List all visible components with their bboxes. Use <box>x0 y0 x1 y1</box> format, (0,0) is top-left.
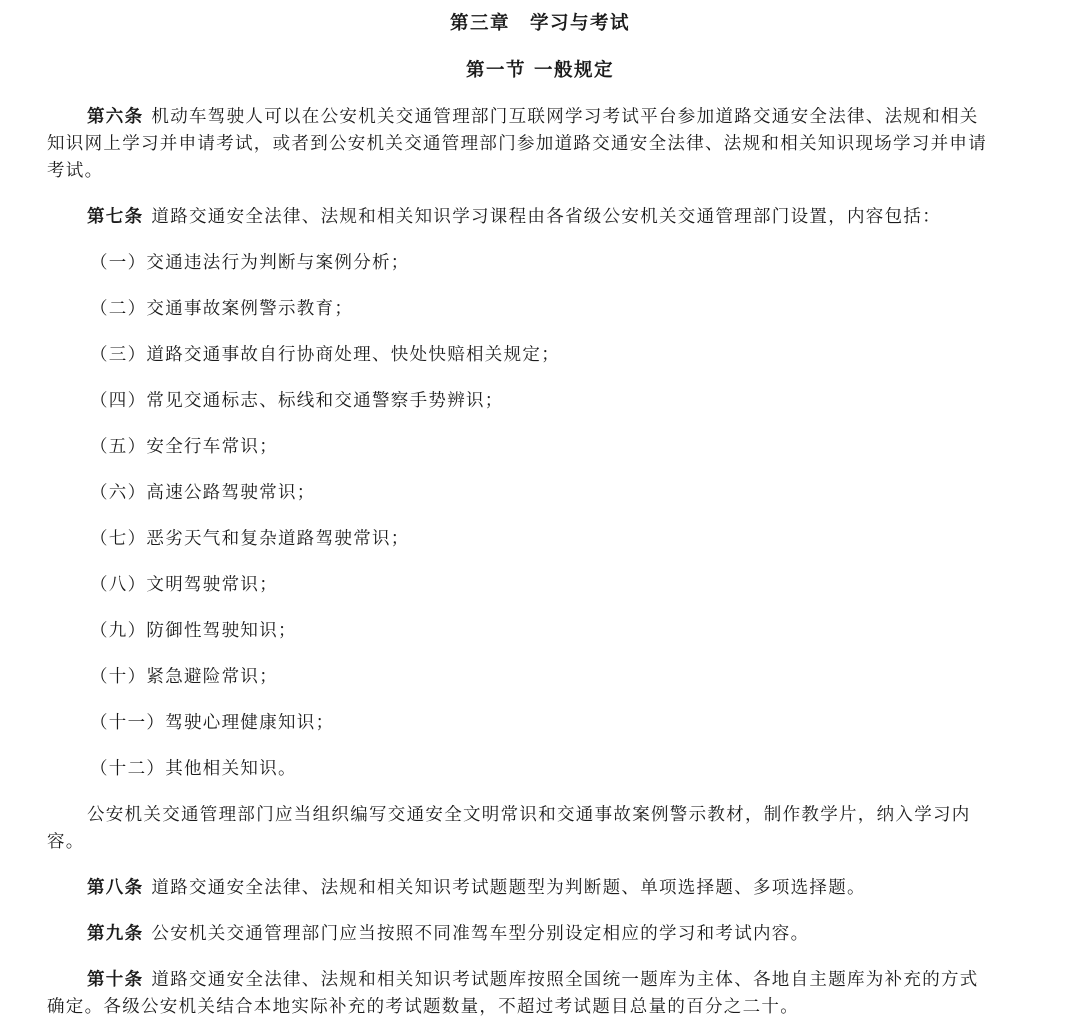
article-label: 第十条 <box>87 970 143 990</box>
list-item: （三）道路交通事故自行协商处理、快处快赔相关规定； <box>90 343 560 367</box>
article-text: 机动车驾驶人可以在公安机关交通管理部门互联网学习考试平台参加道路交通安全法律、法… <box>151 107 978 127</box>
article-8: 第八条道路交通安全法律、法规和相关知识考试题题型为判断题、单项选择题、多项选择题… <box>87 876 866 900</box>
list-item: （九）防御性驾驶知识； <box>90 619 297 643</box>
list-item: （二）交通事故案例警示教育； <box>90 297 353 321</box>
list-item: （一）交通违法行为判断与案例分析； <box>90 251 410 275</box>
article-text: 道路交通安全法律、法规和相关知识学习课程由各省级公安机关交通管理部门设置，内容包… <box>151 207 941 227</box>
list-item: （十一）驾驶心理健康知识； <box>90 711 334 735</box>
article-label: 第八条 <box>87 878 143 898</box>
list-item: （五）安全行车常识； <box>90 435 278 459</box>
article-label: 第七条 <box>87 207 143 227</box>
section-title: 第一节 一般规定 <box>0 59 1080 83</box>
chapter-title: 第三章 学习与考试 <box>0 12 1080 36</box>
list-item: （四）常见交通标志、标线和交通警察手势辨识； <box>90 389 504 413</box>
article-6-line-2: 知识网上学习并申请考试，或者到公安机关交通管理部门参加道路交通安全法律、法规和相… <box>47 132 987 156</box>
article-label: 第九条 <box>87 924 143 944</box>
list-item: （八）文明驾驶常识； <box>90 573 278 597</box>
article-7-intro: 第七条道路交通安全法律、法规和相关知识学习课程由各省级公安机关交通管理部门设置，… <box>87 205 941 229</box>
article-6-line-1: 第六条机动车驾驶人可以在公安机关交通管理部门互联网学习考试平台参加道路交通安全法… <box>87 105 979 129</box>
article-7-closing-line-2: 容。 <box>47 830 85 854</box>
article-text: 公安机关交通管理部门应当按照不同准驾车型分别设定相应的学习和考试内容。 <box>151 924 809 944</box>
article-10-line-2: 确定。各级公安机关结合本地实际补充的考试题数量，不超过考试题目总量的百分之二十。 <box>47 995 799 1019</box>
list-item: （六）高速公路驾驶常识； <box>90 481 316 505</box>
document-page: 第三章 学习与考试 第一节 一般规定 第六条机动车驾驶人可以在公安机关交通管理部… <box>0 0 1080 1029</box>
list-item: （七）恶劣天气和复杂道路驾驶常识； <box>90 527 410 551</box>
article-7-closing-line-1: 公安机关交通管理部门应当组织编写交通安全文明常识和交通事故案例警示教材，制作教学… <box>87 803 971 827</box>
article-text: 道路交通安全法律、法规和相关知识考试题题型为判断题、单项选择题、多项选择题。 <box>151 878 865 898</box>
article-6-line-3: 考试。 <box>47 159 103 183</box>
list-item: （十）紧急避险常识； <box>90 665 278 689</box>
article-text: 道路交通安全法律、法规和相关知识考试题库按照全国统一题库为主体、各地自主题库为补… <box>151 970 978 990</box>
article-10-line-1: 第十条道路交通安全法律、法规和相关知识考试题库按照全国统一题库为主体、各地自主题… <box>87 968 979 992</box>
list-item: （十二）其他相关知识。 <box>90 757 297 781</box>
article-label: 第六条 <box>87 107 143 127</box>
article-9: 第九条公安机关交通管理部门应当按照不同准驾车型分别设定相应的学习和考试内容。 <box>87 922 809 946</box>
